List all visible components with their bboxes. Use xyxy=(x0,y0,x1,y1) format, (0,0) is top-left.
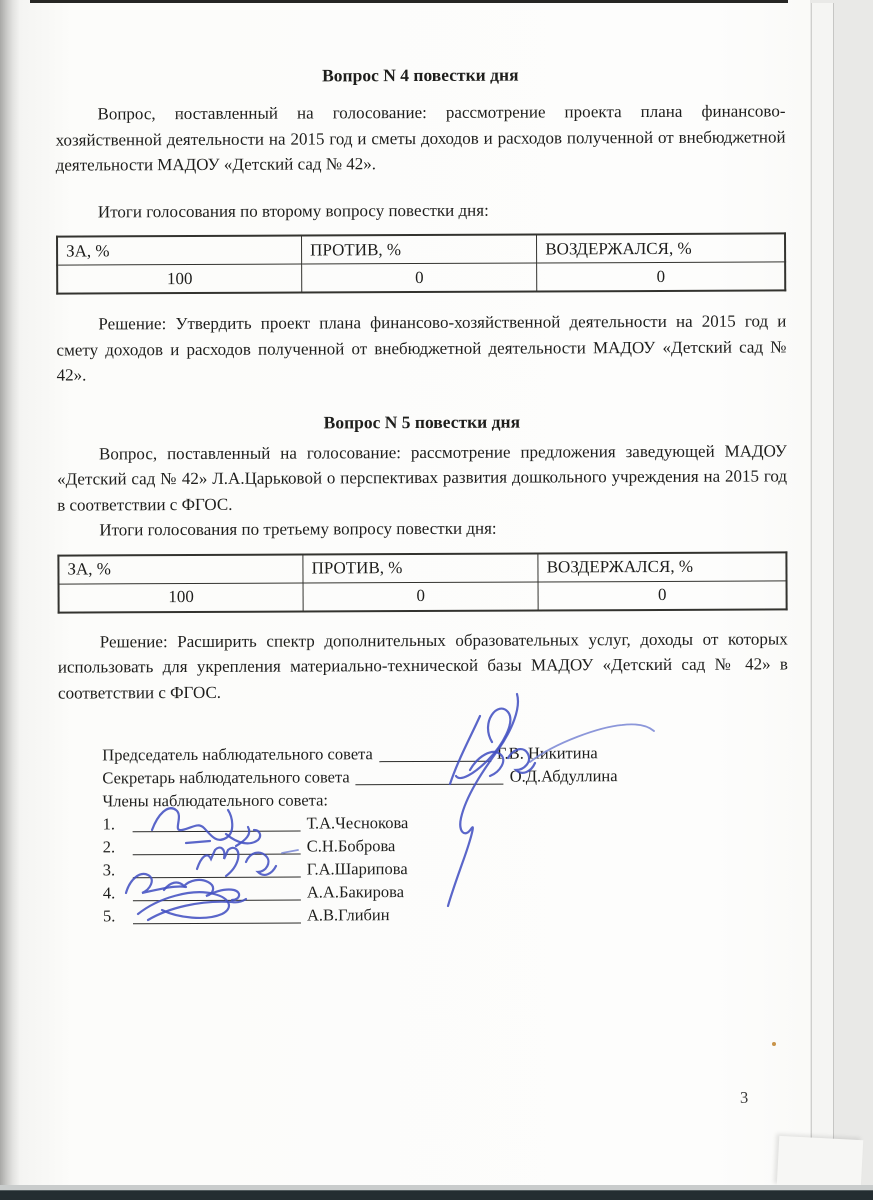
vozderzhalsya-header: ВОЗДЕРЖАЛСЯ, % xyxy=(538,552,786,582)
chairman-name: Г.В. Никитина xyxy=(497,743,598,762)
member-signature-line xyxy=(133,819,301,833)
scanner-top-edge xyxy=(30,0,788,3)
member-row: 2.С.Н.Боброва xyxy=(103,832,789,858)
chairman-signature-line xyxy=(379,749,491,762)
question-5-results-intro: Итоги голосования по третьему вопросу по… xyxy=(57,514,787,543)
chairman-row: Председатель наблюдательного советаГ.В. … xyxy=(102,740,788,766)
member-number: 1. xyxy=(103,812,127,835)
question-4-text: Вопрос, поставленный на голосование: рас… xyxy=(55,98,785,178)
vote-table-question-4: ЗА, % ПРОТИВ, % ВОЗДЕРЖАЛСЯ, % 100 0 0 xyxy=(56,232,786,294)
member-signature-line xyxy=(133,888,301,902)
member-row: 5.А.В.Глибин xyxy=(103,901,789,927)
vozderzhalsya-value: 0 xyxy=(537,262,785,292)
za-header: ЗА, % xyxy=(57,236,302,266)
vote-table-question-5: ЗА, % ПРОТИВ, % ВОЗДЕРЖАЛСЯ, % 100 0 0 xyxy=(57,551,787,613)
member-number: 3. xyxy=(103,858,127,881)
za-header: ЗА, % xyxy=(58,554,303,584)
member-number: 5. xyxy=(103,904,127,927)
member-name: Г.А.Шарипова xyxy=(307,859,408,878)
member-row: 4.А.А.Бакирова xyxy=(103,878,789,904)
member-number: 2. xyxy=(103,835,127,858)
protiv-value: 0 xyxy=(303,581,538,611)
vozderzhalsya-header: ВОЗДЕРЖАЛСЯ, % xyxy=(537,233,785,263)
signature-block: Председатель наблюдательного советаГ.В. … xyxy=(102,740,789,927)
scanner-bottom-edge xyxy=(0,1190,873,1200)
member-number: 4. xyxy=(103,881,127,904)
vote-table-values-row: 100 0 0 xyxy=(59,580,787,612)
secretary-signature-line xyxy=(356,772,504,786)
member-name: А.А.Бакирова xyxy=(307,882,404,901)
question-4-heading: Вопрос N 4 повестки дня xyxy=(55,60,785,89)
member-signature-line xyxy=(133,865,301,879)
member-name: А.В.Глибин xyxy=(307,905,390,924)
scanner-left-shadow xyxy=(0,0,20,1192)
question-5-decision: Решение: Расширить спектр дополнительных… xyxy=(58,626,788,706)
secretary-row: Секретарь наблюдательного советаО.Д.Абду… xyxy=(102,763,788,789)
member-row: 3.Г.А.Шарипова xyxy=(103,855,789,881)
document-content: Вопрос N 4 повестки дня Вопрос, поставле… xyxy=(55,0,789,928)
member-signature-line xyxy=(133,842,301,856)
vozderzhalsya-value: 0 xyxy=(538,580,786,610)
page-number: 3 xyxy=(740,1088,748,1108)
scan-speck xyxy=(772,1042,776,1046)
member-name: С.Н.Боброва xyxy=(307,836,396,855)
protiv-header: ПРОТИВ, % xyxy=(302,234,537,264)
vote-table-values-row: 100 0 0 xyxy=(57,262,785,294)
protiv-value: 0 xyxy=(302,263,537,293)
scan-speck xyxy=(178,114,182,117)
za-value: 100 xyxy=(57,264,302,294)
question-4-decision: Решение: Утвердить проект плана финансов… xyxy=(56,308,786,388)
vote-table-header-row: ЗА, % ПРОТИВ, % ВОЗДЕРЖАЛСЯ, % xyxy=(57,233,785,265)
chairman-label: Председатель наблюдательного совета xyxy=(102,744,373,764)
members-label-row: Члены наблюдательного совета: xyxy=(102,786,788,812)
question-4-results-intro: Итоги голосования по второму вопросу пов… xyxy=(56,196,786,225)
protiv-header: ПРОТИВ, % xyxy=(303,553,538,583)
members-label: Члены наблюдательного совета: xyxy=(102,790,328,810)
question-5-heading: Вопрос N 5 повестки дня xyxy=(57,407,787,436)
secretary-name: О.Д.Абдуллина xyxy=(510,766,618,785)
secretary-label: Секретарь наблюдательного совета xyxy=(102,767,349,787)
member-row: 1.Т.А.Чеснокова xyxy=(103,809,789,835)
za-value: 100 xyxy=(59,583,304,613)
underlying-sheet-edge xyxy=(811,3,834,1193)
vote-table-header-row: ЗА, % ПРОТИВ, % ВОЗДЕРЖАЛСЯ, % xyxy=(58,552,786,584)
scanned-document: Вопрос N 4 повестки дня Вопрос, поставле… xyxy=(0,0,873,1200)
member-name: Т.А.Чеснокова xyxy=(307,813,409,832)
sheet-corner-bottom-right xyxy=(777,1136,864,1190)
question-5-text: Вопрос, поставленный на голосование: рас… xyxy=(57,438,787,518)
member-signature-line xyxy=(133,911,301,925)
